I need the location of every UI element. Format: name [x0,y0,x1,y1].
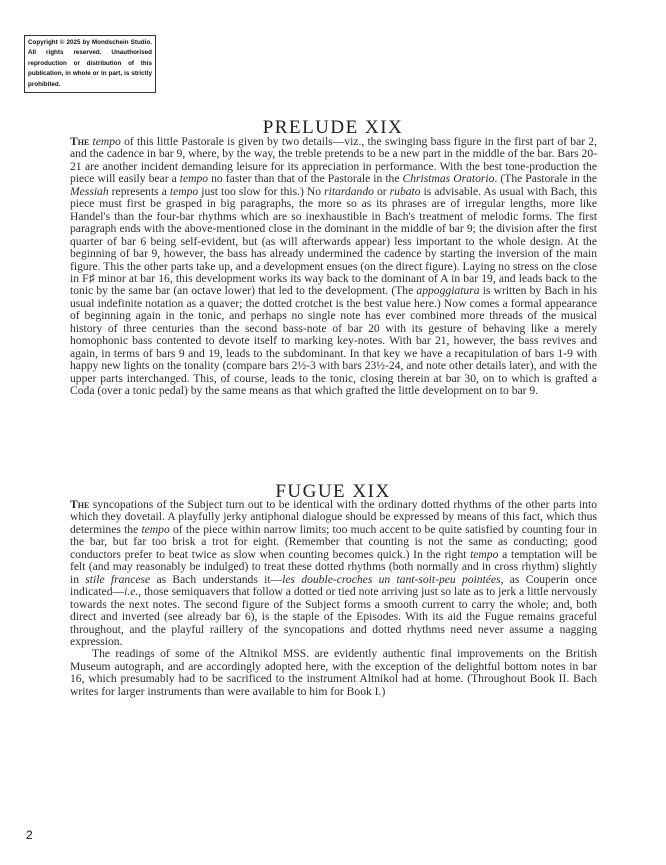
italic-term: tempo [93,135,121,148]
page-number: 2 [26,828,33,842]
italic-term: i.e. [124,585,138,598]
copyright-notice: Copyright © 2025 by Mondschein Studio. A… [24,35,156,93]
italic-term: appoggiatura [416,284,479,297]
italic-term: stile francese [85,573,150,586]
paragraph: The readings of some of the Altnikol MSS… [70,648,597,698]
italic-term: tempo [141,523,169,536]
fugue-body: The syncopations of the Subject turn out… [70,499,597,698]
italic-term: les double-croches un tant-soit-peu poin… [282,573,503,586]
italic-term: tempo [470,548,498,561]
small-caps-lead: The [70,498,89,511]
paragraph: The syncopations of the Subject turn out… [70,499,597,648]
italic-term: rubato [390,185,421,198]
prelude-body: The tempo of this little Pastorale is gi… [70,136,597,398]
italic-term: tempo [180,172,208,185]
italic-term: ritardando [324,185,374,198]
small-caps-lead: The [70,135,89,148]
paragraph: The tempo of this little Pastorale is gi… [70,136,597,398]
italic-term: Messiah [70,185,109,198]
italic-term: Christmas Oratorio [403,172,495,185]
italic-term: tempo [170,185,198,198]
